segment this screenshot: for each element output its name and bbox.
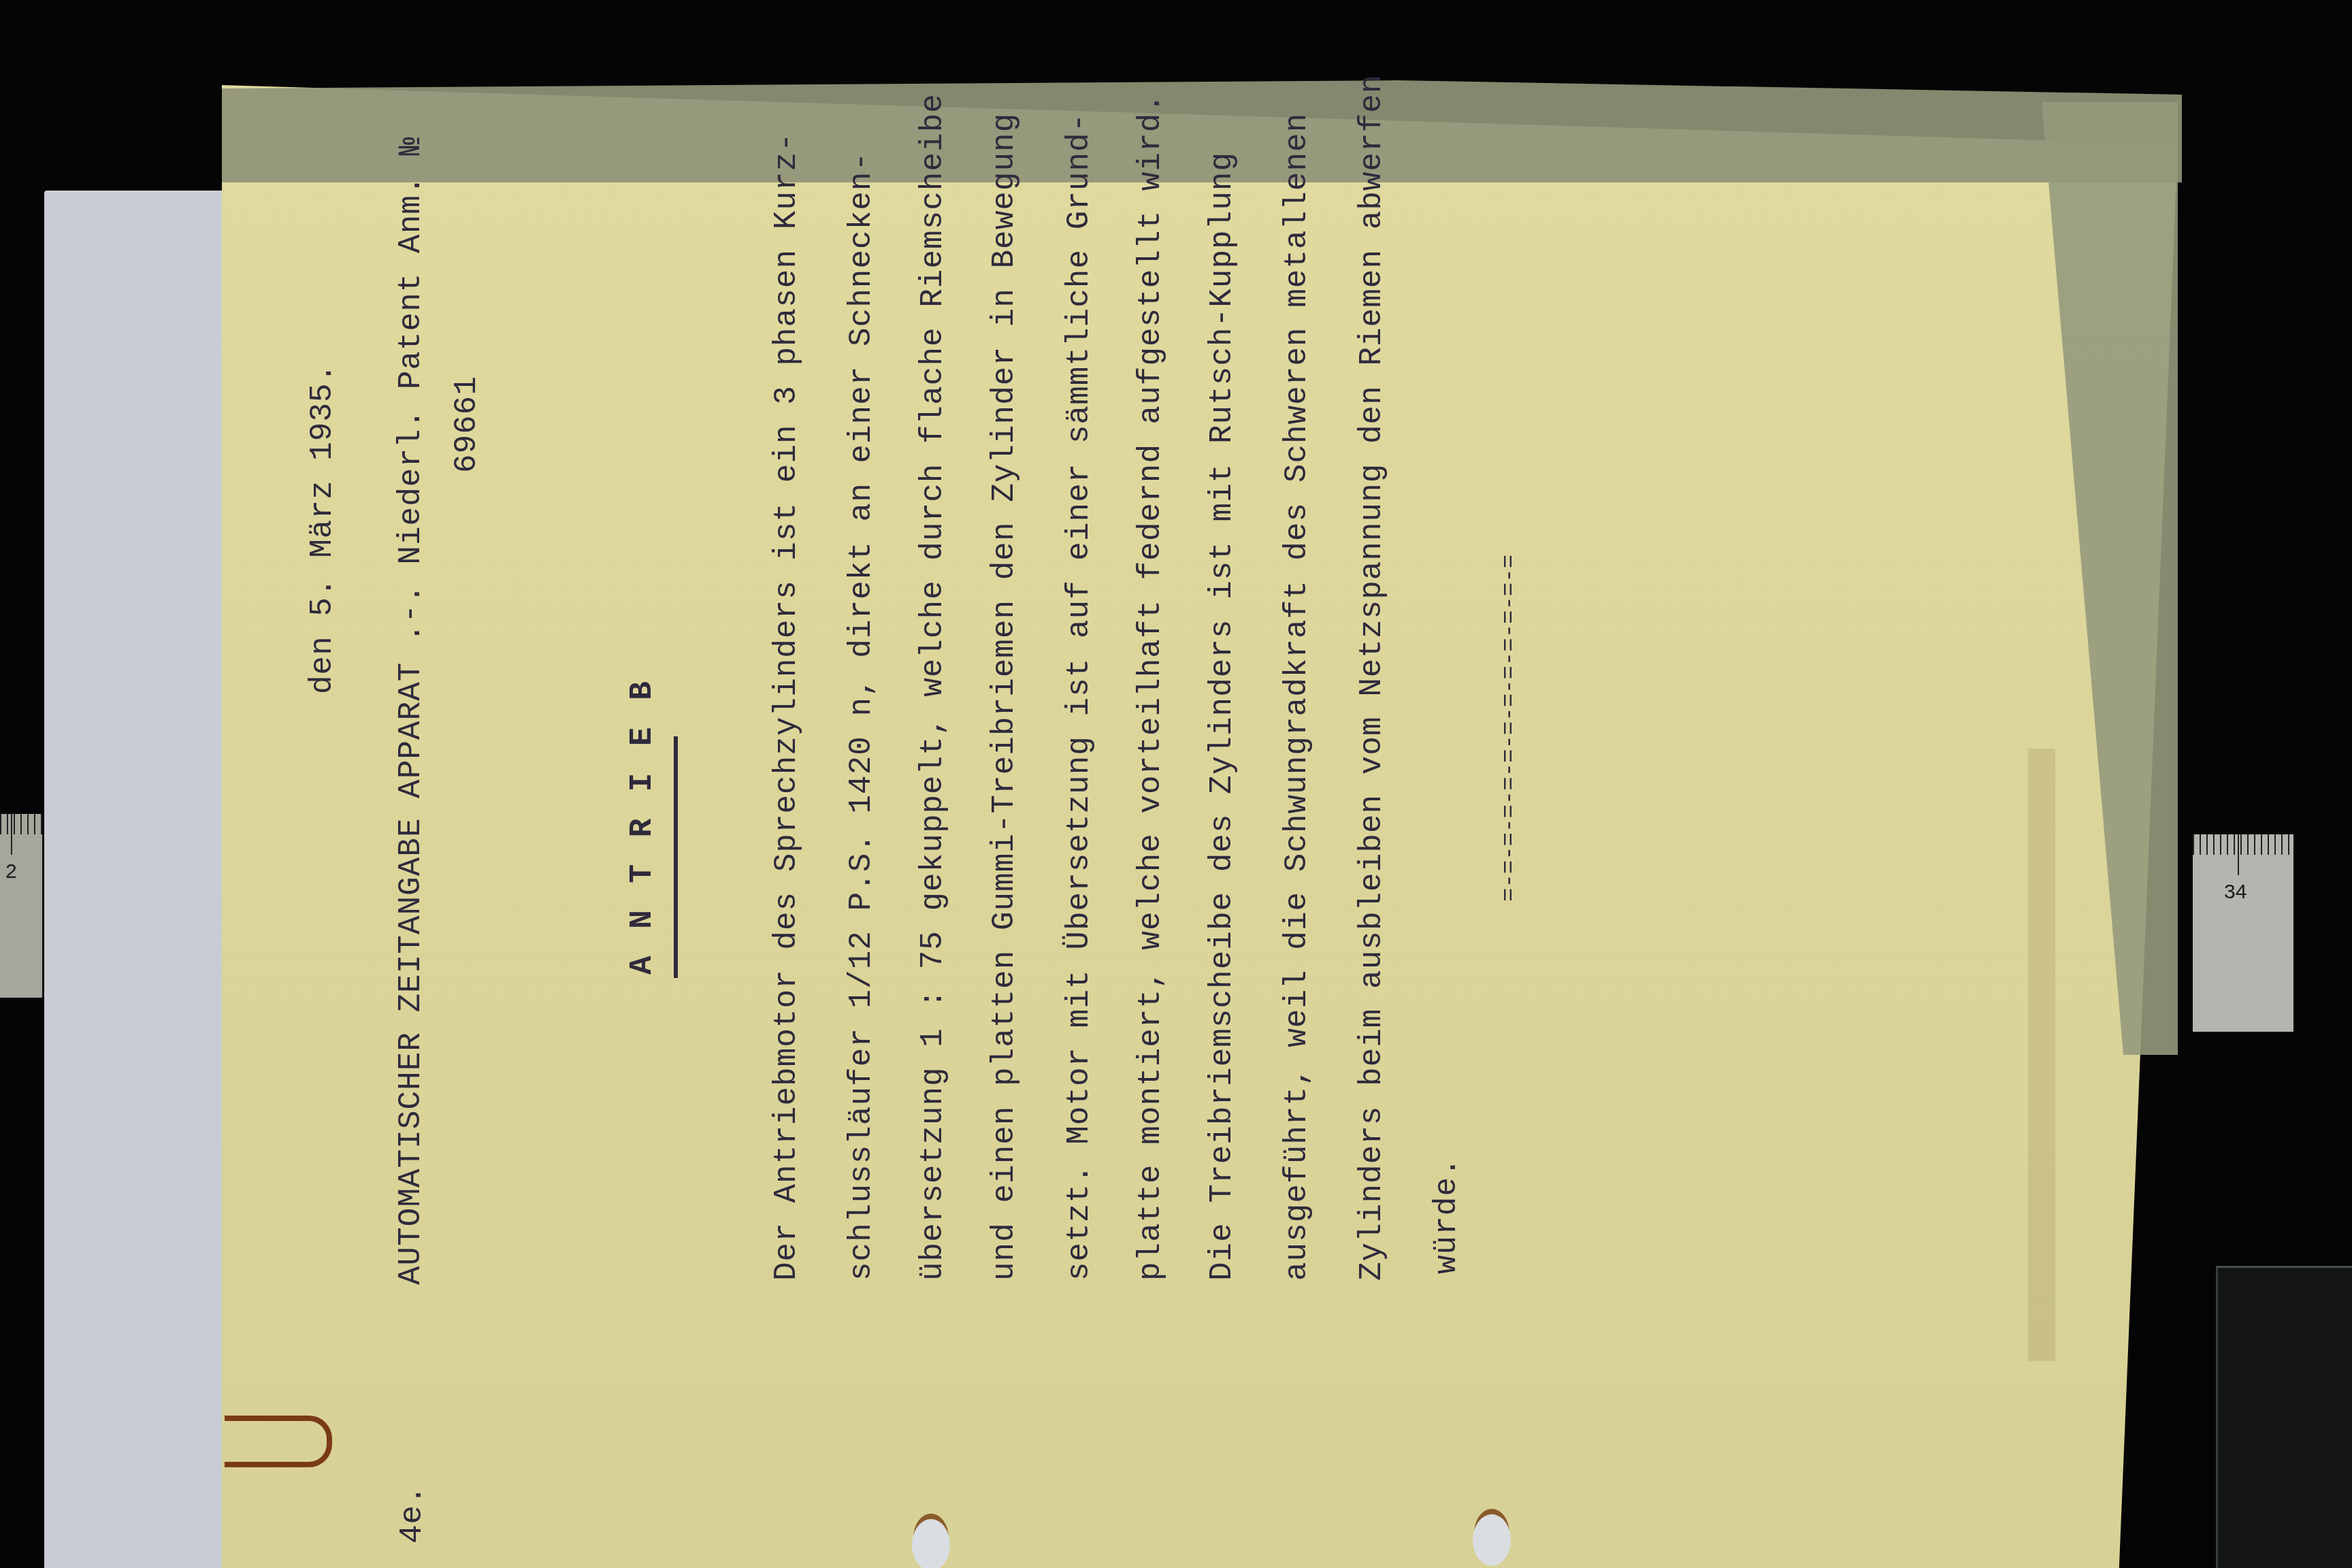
closing-divider: =-=-=-=-=-=-=-=-=-=-=-=-= [1497,555,1523,902]
patent-number: 69661 [449,376,485,473]
body-line: Die Treibriemscheibe des Zylinders ist m… [1205,152,1240,1281]
punch-hole [1473,1514,1511,1566]
heading-underline [674,736,678,978]
paperclip-icon [225,1416,332,1467]
body-line: setzt. Motor mit Übersetzung ist auf ein… [1062,113,1097,1281]
ruler-label: 34 [2224,881,2247,904]
body-line: und einen platten Gummi-Treibriemen den … [987,113,1022,1281]
body-line: würde. [1429,1157,1465,1274]
white-backing-card [44,191,242,1568]
body-line: Zylinders beim ausbleiben vom Netzspannu… [1354,74,1390,1281]
ruler-major-tick [2238,834,2239,875]
page-marker: 4e. [395,1485,430,1543]
section-heading: A N T R I E B [625,677,660,975]
body-line: Der Antriebmotor des Sprechzylinders ist… [769,132,804,1281]
ruler-ticks [2193,834,2293,855]
ruler-label: 2 [5,860,17,883]
tissue-overlay-top [222,80,2182,182]
body-line: schlussläufer 1/12 P.S. 1420 n, direkt a… [844,152,879,1281]
punch-hole [912,1519,950,1568]
date-line: den 5. März 1935. [305,363,340,694]
body-line: ausgeführt, weil die Schwungradkraft des… [1279,113,1315,1281]
ruler-major-tick [11,814,12,855]
document-title: AUTOMATISCHER ZEITANGABE APPARAT .-. Nie… [393,136,429,1285]
body-line: platte montiert, welche vorteilhaft fede… [1133,93,1169,1281]
ruler-ticks [0,814,42,834]
paper-fold [2028,749,2055,1361]
scale-ruler-right: 34 [2193,803,2293,1032]
document-sheet [222,85,2178,1568]
body-line: übersetzung 1 : 75 gekuppelt, welche dur… [915,93,951,1281]
dark-box [2216,1266,2352,1568]
scale-ruler-left: 2 [0,783,42,998]
